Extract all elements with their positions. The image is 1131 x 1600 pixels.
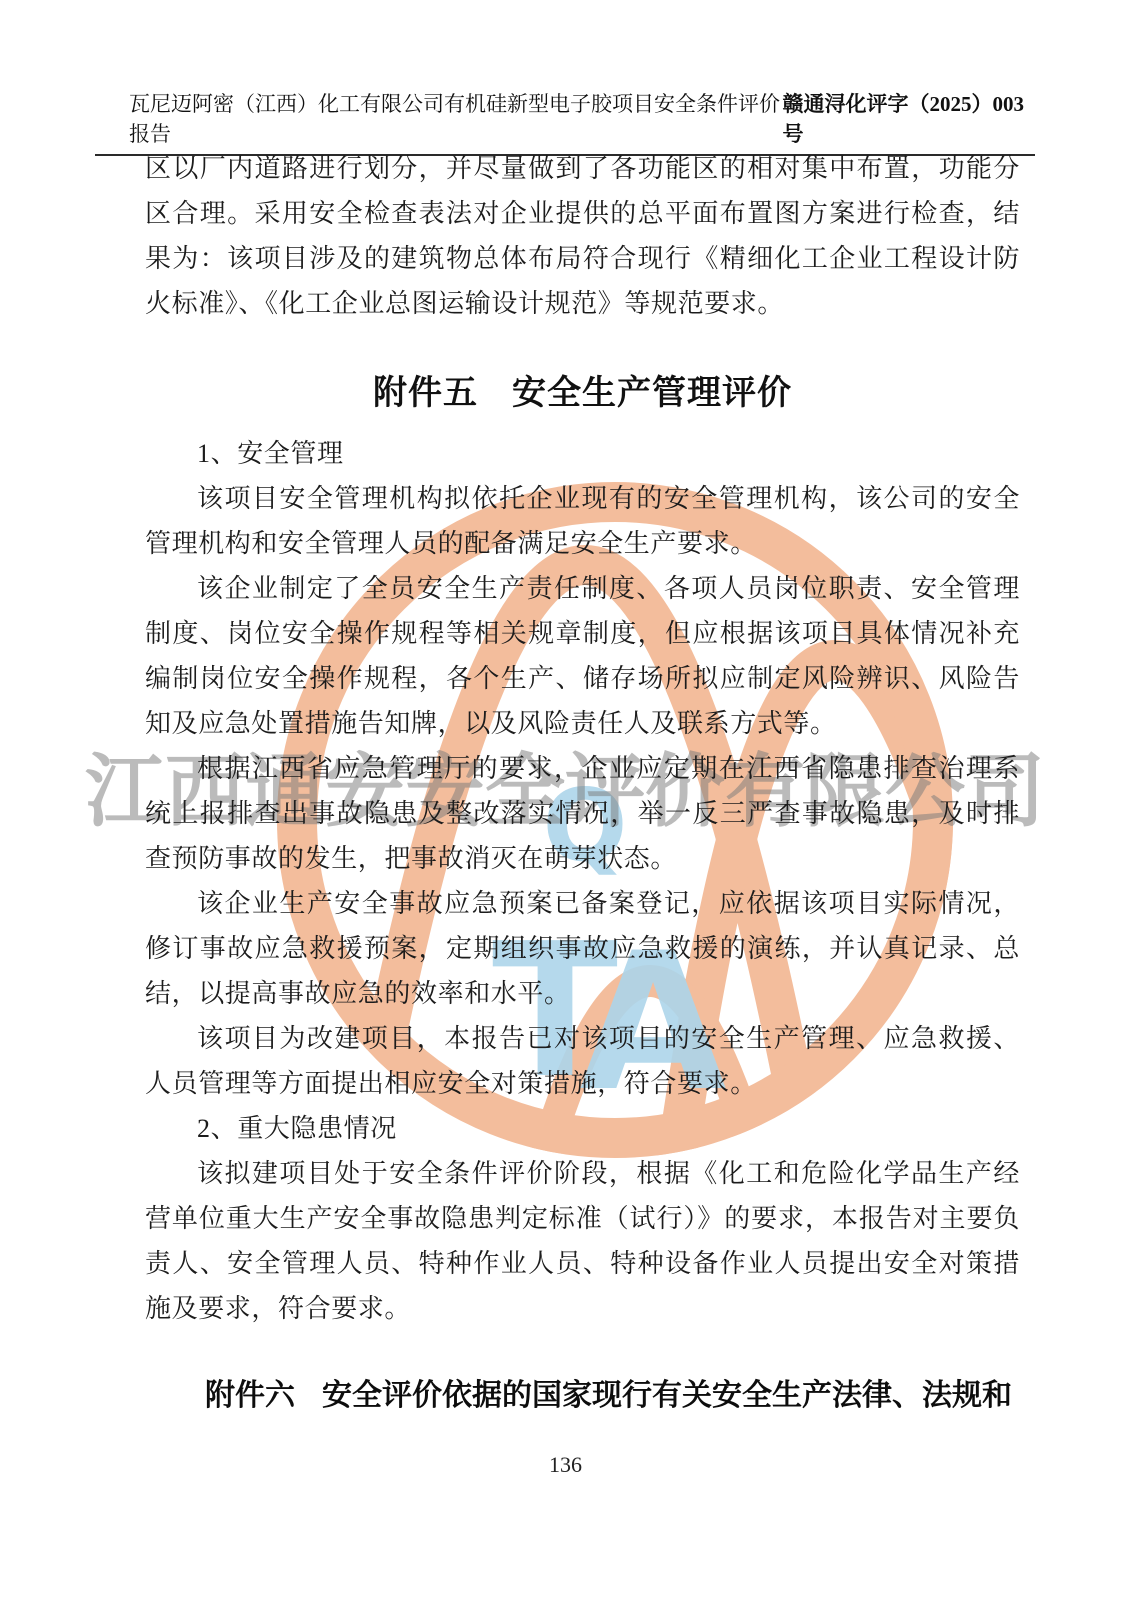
paragraph-rules-regulations: 该企业制定了全员安全生产责任制度、各项人员岗位职责、安全管理制度、岗位安全操作规… — [145, 566, 1020, 746]
section6-heading: 附件六安全评价依据的国家现行有关安全生产法律、法规和 — [145, 1373, 1020, 1419]
paragraph-hazard-reporting: 根据江西省应急管理厅的要求，企业应定期在江西省隐患排查治理系统上报排查出事故隐患… — [145, 746, 1020, 881]
list-item-safety-management: 1、安全管理 — [145, 431, 1020, 476]
section6-title: 安全评价依据的国家现行有关安全生产法律、法规和 — [322, 1379, 1012, 1412]
paragraph-emergency-plan: 该企业生产安全事故应急预案已备案登记，应依据该项目实际情况，修订事故应急救援预案… — [145, 881, 1020, 1016]
document-page: Q T A 江西通安安全评价有限公司 瓦尼迈阿密（江西）化工有限公司有机硅新型电… — [0, 0, 1131, 1600]
paragraph-layout-conclusion: 区以厂内道路进行划分，并尽量做到了各功能区的相对集中布置，功能分区合理。采用安全… — [145, 146, 1020, 326]
header-document-code: 赣通浔化评字（2025）003 号 — [783, 88, 1035, 148]
section5-number: 附件五 — [373, 374, 478, 412]
paragraph-major-hazard-eval: 该拟建项目处于安全条件评价阶段，根据《化工和危险化学品生产经营单位重大生产安全事… — [145, 1151, 1020, 1331]
list-item-major-hazards: 2、重大隐患情况 — [145, 1106, 1020, 1151]
section5-heading: 附件五安全生产管理评价 — [145, 371, 1020, 416]
paragraph-safety-org: 该项目安全管理机构拟依托企业现有的安全管理机构，该公司的安全管理机构和安全管理人… — [145, 476, 1020, 566]
document-body: 区以厂内道路进行划分，并尽量做到了各功能区的相对集中布置，功能分区合理。采用安全… — [145, 146, 1020, 1419]
page-number: 136 — [0, 1452, 1131, 1478]
section5-title: 安全生产管理评价 — [512, 374, 792, 412]
paragraph-project-measures: 该项目为改建项目，本报告已对该项目的安全生产管理、应急救援、人员管理等方面提出相… — [145, 1016, 1020, 1106]
section6-number: 附件六 — [205, 1379, 295, 1412]
header-report-title: 瓦尼迈阿密（江西）化工有限公司有机硅新型电子胶项目安全条件评价报告 — [95, 88, 783, 148]
